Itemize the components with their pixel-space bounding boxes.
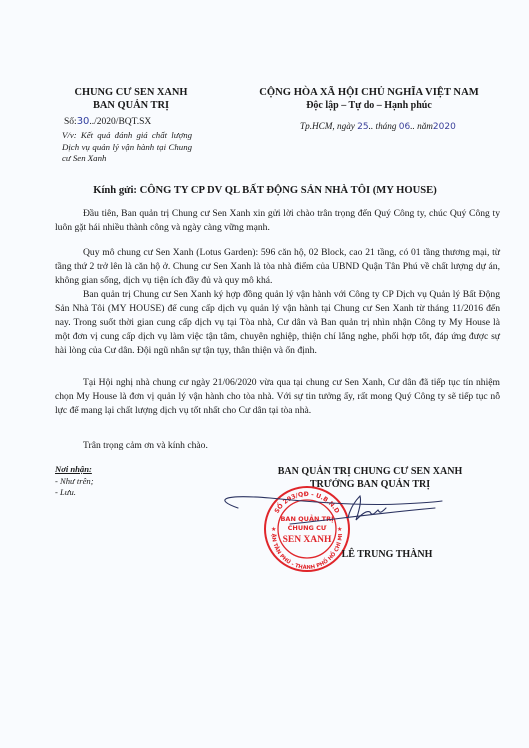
date-year: 2020 [433,122,456,132]
national-title: CỘNG HÒA XÃ HỘI CHỦ NGHĨA VIỆT NAM [238,86,500,99]
doc-no-suffix: ../2020/BQT.SX [89,117,151,127]
paragraph-conference: Tại Hội nghị nhà chung cư ngày 21/06/202… [55,376,500,418]
date-place: Tp.HCM, ngày [300,121,355,131]
subject-line: V/v: Kết quả đánh giá chất lượng Dịch vụ… [62,130,192,165]
doc-no-handwritten: 30 [77,116,90,127]
closing-line: Trân trọng cảm ơn và kính chào. [83,440,208,451]
recipient-item: - Như trên; [55,476,94,488]
org-board: BAN QUẢN TRỊ [50,99,212,112]
signature-icon [210,490,450,530]
date-line: Tp.HCM, ngày 25.. tháng 06.. năm2020 [300,121,456,132]
signature-organization: BAN QUẢN TRỊ CHUNG CƯ SEN XANH [240,465,500,478]
doc-no-label: Số: [64,117,77,127]
paragraph-scale: Quy mô chung cư Sen Xanh (Lotus Garden):… [55,246,500,288]
svg-text:SEN XANH: SEN XANH [283,535,332,545]
recipients-block: Nơi nhận: - Như trên; - Lưu. [55,464,94,499]
date-month: 06 [399,122,410,132]
addressee: Kính gửi: CÔNG TY CP DV QL BẤT ĐỘNG SẢN … [40,185,490,196]
date-day: 25 [357,122,368,132]
issuing-organization: CHUNG CƯ SEN XANH BAN QUẢN TRỊ [50,86,212,112]
recipients-heading: Nơi nhận: [55,464,94,476]
signer-name: LÊ TRUNG THÀNH [240,549,500,560]
paragraph-greeting: Đầu tiên, Ban quản trị Chung cư Sen Xanh… [55,207,500,235]
org-name: CHUNG CƯ SEN XANH [50,86,212,99]
recipient-item: - Lưu. [55,487,94,499]
letter-page: CHUNG CƯ SEN XANH BAN QUẢN TRỊ Số:30../2… [0,0,529,748]
date-month-label: .. tháng [369,121,397,131]
date-year-label: .. năm [410,121,433,131]
document-number: Số:30../2020/BQT.SX [64,116,151,127]
paragraph-contract: Ban quản trị Chung cư Sen Xanh ký hợp đồ… [55,288,500,358]
national-motto: Độc lập – Tự do – Hạnh phúc [238,99,500,112]
